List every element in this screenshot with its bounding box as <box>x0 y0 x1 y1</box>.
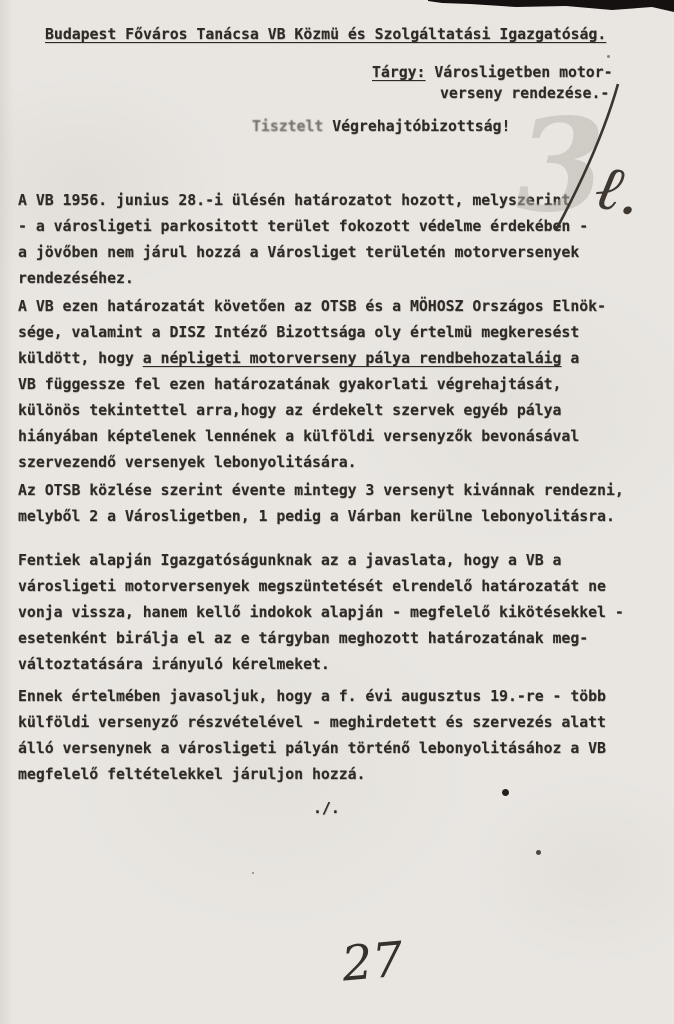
ink-speck <box>148 431 151 434</box>
ink-speck <box>502 789 509 796</box>
continuation-mark: ./. <box>313 796 340 822</box>
paragraph-5: Ennek értelmében javasoljuk, hogy a f. é… <box>18 684 658 788</box>
paragraph-3: Az OTSB közlése szerint évente mintegy 3… <box>18 478 658 530</box>
paragraph-4: Fentiek alapján Igazgatóságunknak az a j… <box>18 548 658 678</box>
ink-speck <box>536 850 541 855</box>
paragraph-2-post: a VB függessze fel ezen határozatának gy… <box>18 350 579 471</box>
salutation: Tisztelt Végrehajtóbizottság! <box>252 114 510 140</box>
document-header-title: Budapest Főváros Tanácsa VB Közmü és Szo… <box>45 22 606 48</box>
handwritten-page-number: 27 <box>340 931 406 992</box>
subject-label: Tárgy: <box>372 64 425 81</box>
salutation-word-faded: Tisztelt <box>252 118 323 135</box>
paragraph-2-underlined-phrase: a népligeti motorverseny pálya rendbehoz… <box>143 350 562 367</box>
archival-annotation-mark: 3 ℓ. <box>508 78 674 248</box>
ink-speck <box>252 872 254 874</box>
torn-paper-edge <box>0 0 674 16</box>
ink-speck <box>607 55 610 58</box>
salutation-rest: Végrehajtóbizottság! <box>323 118 510 135</box>
paragraph-2: A VB ezen határozatát követően az OTSB é… <box>18 294 648 476</box>
